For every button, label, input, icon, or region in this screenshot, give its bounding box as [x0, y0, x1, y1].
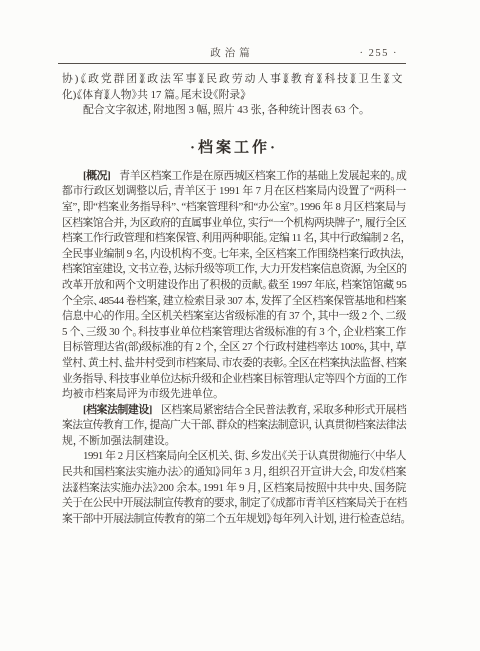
text-line: 配合文字叙述，附地图 3 幅，照片 43 张，各种统计图表 63 个。 [62, 103, 406, 119]
text-line: 案干部中开展法制宣传教育的第二个五年规划》，每年列入计划，进行检查总结。 [62, 512, 406, 528]
text-line: 5 个、三级 30 个。科技事业单位档案管理达省级标准的有 3 个，企业档案工作 [62, 325, 406, 341]
text-line: 区档案馆合并，为区政府的直属事业单位，实行“一个机构两块牌子”，履行全区 [62, 216, 406, 232]
text-line: 堂村、黄土村、盐井村受到市档案局、市农委的表彰。全区在档案执法监督、档案 [62, 356, 406, 372]
page-number: · 255 · [360, 46, 399, 62]
chapter-title: 政治篇 [58, 46, 406, 62]
text-line: 目标管理达省(部)级标准的有 2 个，全区 27 个行政村建档率达 100%，其… [62, 340, 406, 356]
text-line: 档案馆室建设，文书立卷，达标升级等项工作，大力开发档案信息资源，为全区的 [62, 262, 406, 278]
entry-first-line-text: 青羊区档案工作是在原西城区档案工作的基础上发展起来的。成 [119, 170, 406, 182]
header-rule [58, 63, 406, 64]
text-line: 个全宗、48544 卷档案，建立检索目录 307 本，发挥了全区档案保管基地和档… [62, 294, 406, 310]
section-title: ·档案工作· [62, 137, 406, 159]
entry-first-line-text: 区档案局紧密结合全民普法教育，采取多种形式开展档 [161, 404, 406, 416]
text-line: 室”，即“档案业务指导科”、“档案管理科”和“办公室”。1996 年 8 月区档… [62, 200, 406, 216]
entry-heading: [档案法制建设] [83, 404, 152, 416]
text-line: 信息中心的作用。全区机关档案室达省级标准的有 37 个，其中一级 2 个、二级 [62, 309, 406, 325]
text-line: 业务指导、科技事业单位达标升级和企业档案目标管理认定等四个方面的工作 [62, 372, 406, 388]
text-line: 都市行政区划调整以后，青羊区于 1991 年 7 月在区档案局内设置了“两科一 [62, 184, 406, 200]
text-line: 案法宣传教育工作，提高广大干部、群众的档案法制意识，认真贯彻档案法律法 [62, 418, 406, 434]
paragraph-history: 1991 年 2 月区档案局向全区机关、街、乡发出《关于认真贯彻施行〈中华人 民… [62, 449, 406, 527]
text-line: 化)、《体育》、《人物》共 17 篇。尾末设《附录》。 [62, 88, 406, 104]
text-line: 规，不断加强法制建设。 [62, 434, 406, 450]
entry-heading: [概况] [83, 170, 110, 182]
entry-heading-line: [档案法制建设]区档案局紧密结合全民普法教育，采取多种形式开展档 [62, 403, 406, 419]
text-line: 1991 年 2 月区档案局向全区机关、街、乡发出《关于认真贯彻施行〈中华人 [62, 449, 406, 465]
paragraph-intro: 配合文字叙述，附地图 3 幅，照片 43 张，各种统计图表 63 个。 [62, 103, 406, 119]
entry-heading-line: [概况]青羊区档案工作是在原西城区档案工作的基础上发展起来的。成 [62, 169, 406, 185]
book-page: 政治篇 · 255 · 协)、《政党群团》、《政法军事》、《民政劳动人事》、《教… [0, 0, 480, 651]
text-line: 协)、《政党群团》、《政法军事》、《民政劳动人事》、《教育》、《科技》、《卫生》… [62, 72, 406, 88]
text-line: 全民事业编制 9 名，内设机构不变。七年来，全区档案工作围绕档案行政执法， [62, 247, 406, 263]
text-line: 法》、《档案法实施办法》200 余本。1991 年 9 月，区档案局按照中共中央… [62, 481, 406, 497]
text-line: 关于在公民中开展法制宣传教育的要求，制定了《成都市青羊区档案局关于在档 [62, 496, 406, 512]
text-line: 档案工作行政管理和档案保管、利用两种职能。定编 11 名，其中行政编制 2 名， [62, 231, 406, 247]
text-line: 改革开放和两个文明建设作出了积极的贡献。截至 1997 年底，档案馆馆藏 95 [62, 278, 406, 294]
text-line: 均被市档案局评为市级先进单位。 [62, 387, 406, 403]
running-header: 政治篇 · 255 · [58, 46, 406, 62]
entry-legal-construction: [档案法制建设]区档案局紧密结合全民普法教育，采取多种形式开展档 案法宣传教育工… [62, 403, 406, 450]
entry-overview: [概况]青羊区档案工作是在原西城区档案工作的基础上发展起来的。成 都市行政区划调… [62, 169, 406, 403]
text-line: 民共和国档案法实施办法〉的通知》。同年 3 月，组织召开宣讲大会，印发《档案 [62, 465, 406, 481]
paragraph-continuation: 协)、《政党群团》、《政法军事》、《民政劳动人事》、《教育》、《科技》、《卫生》… [62, 72, 406, 103]
page-body: 协)、《政党群团》、《政法军事》、《民政劳动人事》、《教育》、《科技》、《卫生》… [62, 72, 406, 527]
